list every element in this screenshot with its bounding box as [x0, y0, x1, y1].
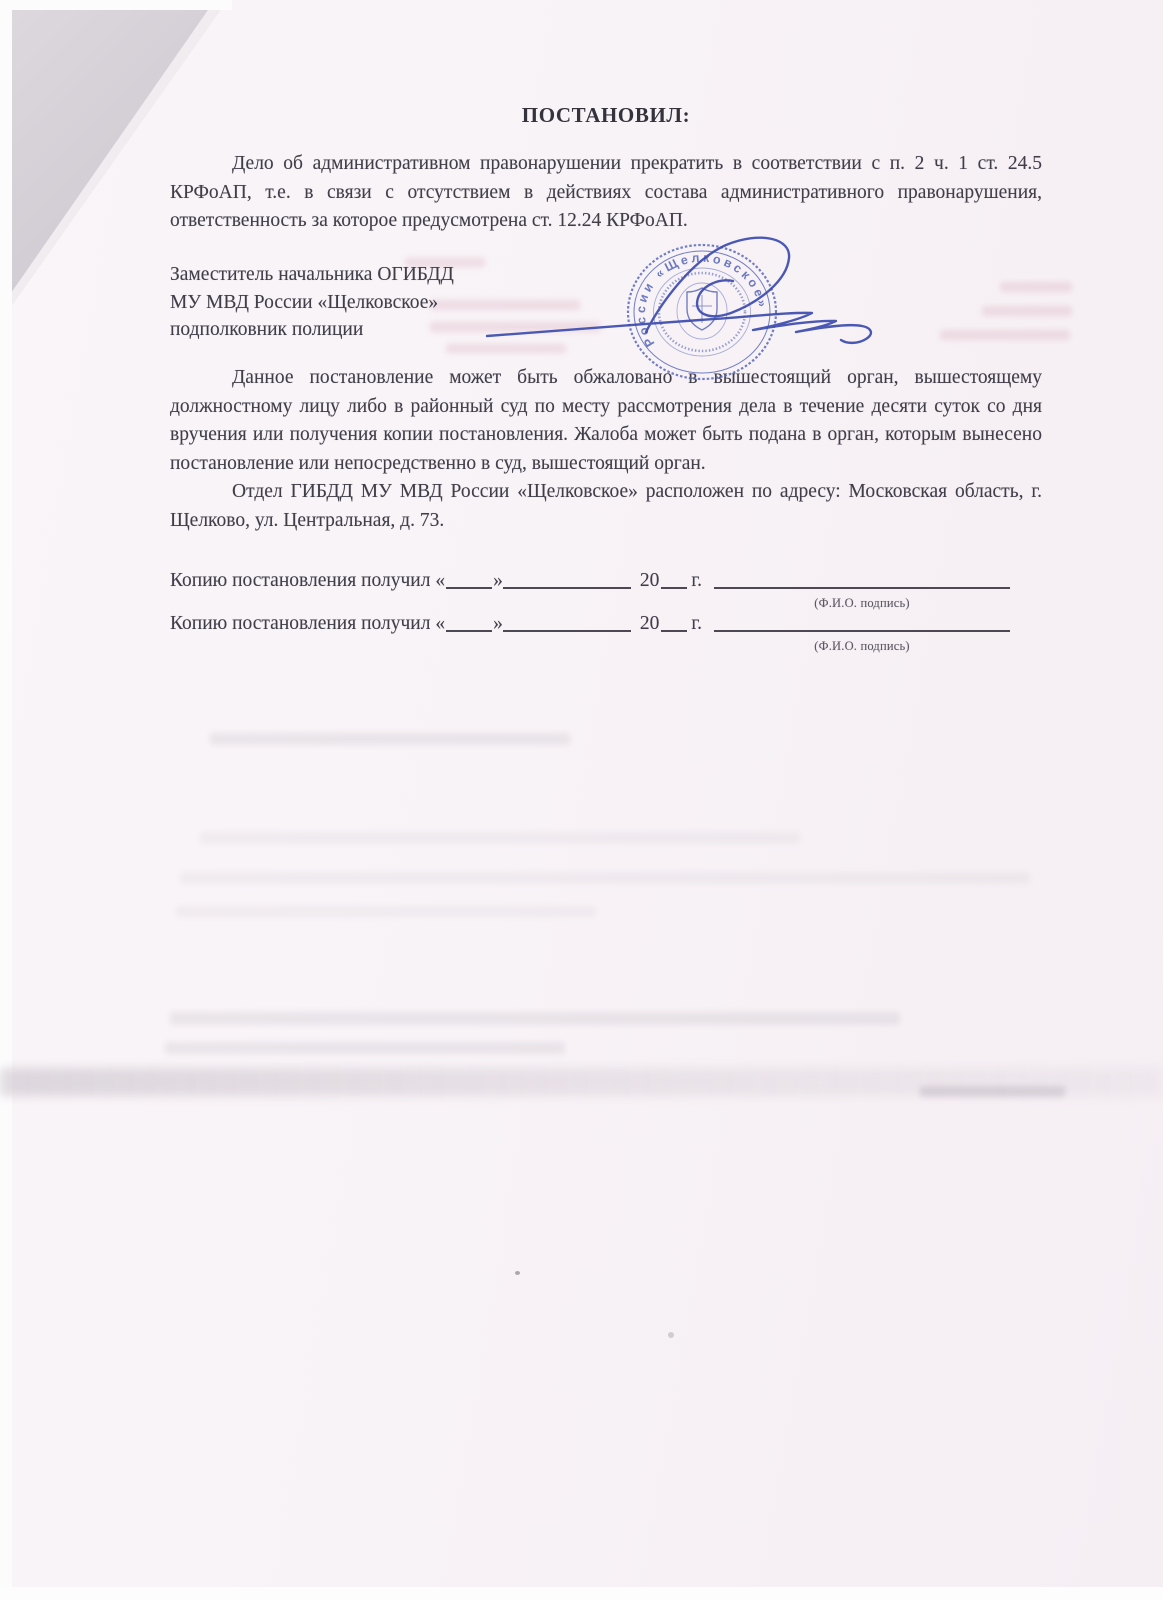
quote-open: «	[435, 570, 445, 591]
bleed-through-mark	[1000, 282, 1072, 292]
signatory-position-line1: Заместитель начальника ОГИБДД	[170, 261, 454, 289]
scan-edge-left	[0, 0, 12, 1600]
bleed-through-mark	[940, 330, 1070, 340]
year-unit: г.	[691, 613, 702, 634]
month-blank-field	[503, 612, 631, 632]
receipt-label: Копию постановления получил	[170, 613, 430, 634]
bleed-through-mark	[430, 322, 600, 332]
day-blank-field	[446, 612, 492, 632]
year-unit: г.	[691, 570, 702, 591]
fio-signature-blank-field: (Ф.И.О. подпись)	[714, 612, 1010, 632]
scanned-document-page: ПОСТАНОВИЛ: Дело об административном пра…	[0, 0, 1163, 1600]
bleed-through-mark	[982, 306, 1072, 316]
scan-edge-top	[0, 0, 232, 10]
receipt-line-2: Копию постановления получил «»20г.(Ф.И.О…	[170, 611, 1010, 637]
address-text: Отдел ГИБДД МУ МВД России «Щелковское» р…	[170, 478, 1042, 535]
document-title: ПОСТАНОВИЛ:	[170, 103, 1042, 128]
year-blank-field	[661, 569, 687, 589]
fio-caption: (Ф.И.О. подпись)	[714, 633, 1010, 659]
signatory-block: Заместитель начальника ОГИБДД МУ МВД Рос…	[170, 261, 454, 344]
bleed-through-band	[0, 1068, 1163, 1096]
scan-speck	[668, 1332, 674, 1338]
resolution-paragraph: Дело об административном правонарушении …	[170, 150, 1042, 236]
bleed-through-mark	[170, 1012, 900, 1025]
bleed-through-mark	[180, 872, 1030, 884]
bleed-through-mark	[165, 1042, 565, 1054]
fio-signature-blank-field: (Ф.И.О. подпись)	[714, 569, 1010, 589]
ink-overlay: России «Щелковское»	[0, 0, 1163, 1600]
official-stamp	[628, 245, 776, 379]
bleed-through-mark	[446, 344, 566, 353]
bleed-through-mark	[200, 832, 800, 844]
copy-receipt-block: Копию постановления получил «»20г.(Ф.И.О…	[170, 568, 1010, 637]
month-blank-field	[503, 569, 631, 589]
day-blank-field	[446, 569, 492, 589]
year-blank-field	[661, 612, 687, 632]
resolution-text: Дело об административном правонарушении …	[170, 150, 1042, 236]
signature-ink	[487, 238, 871, 343]
receipt-line-1: Копию постановления получил «»20г.(Ф.И.О…	[170, 568, 1010, 594]
year-prefix: 20	[640, 570, 660, 591]
quote-open: «	[435, 613, 445, 634]
signatory-position-line2: МУ МВД России «Щелковское»	[170, 289, 454, 317]
stamp-ring-text: России «Щелковское»	[634, 251, 770, 350]
stamp-crest	[687, 288, 717, 330]
appeal-and-address-block: Данное постановление может быть обжалова…	[170, 364, 1042, 535]
scan-speck	[515, 1271, 520, 1275]
quote-close: »	[493, 570, 503, 591]
quote-close: »	[493, 613, 503, 634]
year-prefix: 20	[640, 613, 660, 634]
bleed-through-mark	[176, 906, 596, 917]
appeal-text: Данное постановление может быть обжалова…	[170, 364, 1042, 478]
receipt-label: Копию постановления получил	[170, 570, 430, 591]
bleed-through-mark	[210, 733, 570, 745]
scan-edge-bottom	[0, 1587, 1163, 1600]
signatory-rank-line: подполковник полиции	[170, 316, 454, 344]
